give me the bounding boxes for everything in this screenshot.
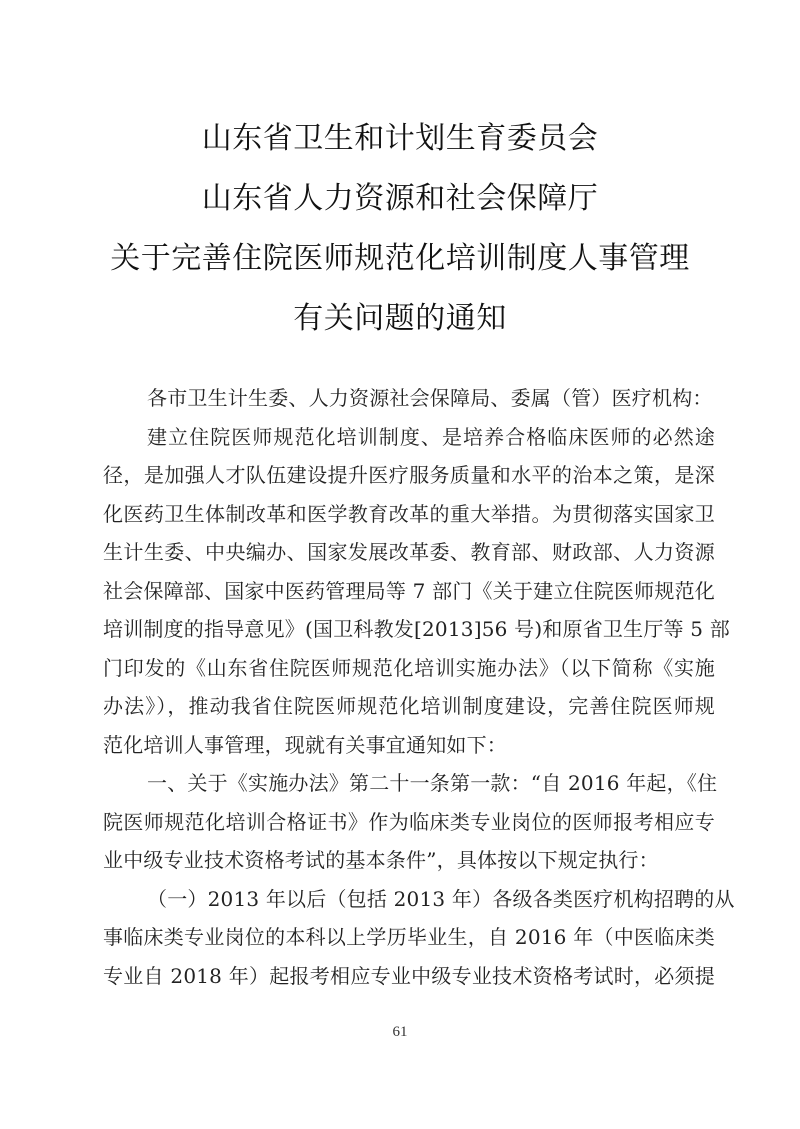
- body-line: 范化培训人事管理，现就有关事宜通知如下：: [103, 732, 715, 771]
- body-line: 门印发的《山东省住院医师规范化培训实施办法》（以下简称《实施: [103, 655, 715, 694]
- body-line: 专业自 2018 年）起报考相应专业中级专业技术资格考试时，必须提: [103, 963, 715, 1002]
- document-page: 山东省卫生和计划生育委员会 山东省人力资源和社会保障厅 关于完善住院医师规范化培…: [0, 0, 800, 1129]
- title-line-issuer-2: 山东省人力资源和社会保障厅: [0, 184, 800, 214]
- body-line: 生计生委、中央编办、国家发展改革委、教育部、财政部、人力资源: [103, 539, 715, 578]
- title-line-issuer-1: 山东省卫生和计划生育委员会: [0, 124, 800, 154]
- document-title: 山东省卫生和计划生育委员会 山东省人力资源和社会保障厅 关于完善住院医师规范化培…: [0, 124, 800, 364]
- body-line: 业中级专业技术资格考试的基本条件”，具体按以下规定执行：: [103, 847, 715, 886]
- page-number: 61: [0, 1024, 800, 1041]
- body-line: 径，是加强人才队伍建设提升医疗服务质量和水平的治本之策，是深: [103, 462, 715, 501]
- title-line-subject-2: 有关问题的通知: [0, 304, 800, 334]
- body-line: 事临床类专业岗位的本科以上学历毕业生，自 2016 年（中医临床类: [103, 924, 715, 963]
- document-body: 各市卫生计生委、人力资源社会保障局、委属（管）医疗机构：建立住院医师规范化培训制…: [103, 385, 715, 1001]
- body-line: 化医药卫生体制改革和医学教育改革的重大举措。为贯彻落实国家卫: [103, 501, 715, 540]
- body-line: 建立住院医师规范化培训制度、是培养合格临床医师的必然途: [103, 424, 715, 463]
- title-line-subject-1: 关于完善住院医师规范化培训制度人事管理: [0, 244, 800, 274]
- body-line: 社会保障部、国家中医药管理局等 7 部门《关于建立住院医师规范化: [103, 578, 715, 617]
- body-line: 培训制度的指导意见》(国卫科教发[2013]56 号)和原省卫生厅等 5 部: [103, 616, 715, 655]
- body-line: （一）2013 年以后（包括 2013 年）各级各类医疗机构招聘的从: [103, 886, 715, 925]
- body-line: 院医师规范化培训合格证书》作为临床类专业岗位的医师报考相应专: [103, 809, 715, 848]
- body-line: 各市卫生计生委、人力资源社会保障局、委属（管）医疗机构：: [103, 385, 715, 424]
- body-line: 办法》），推动我省住院医师规范化培训制度建设，完善住院医师规: [103, 693, 715, 732]
- body-line: 一、关于《实施办法》第二十一条第一款：“自 2016 年起，《住: [103, 770, 715, 809]
